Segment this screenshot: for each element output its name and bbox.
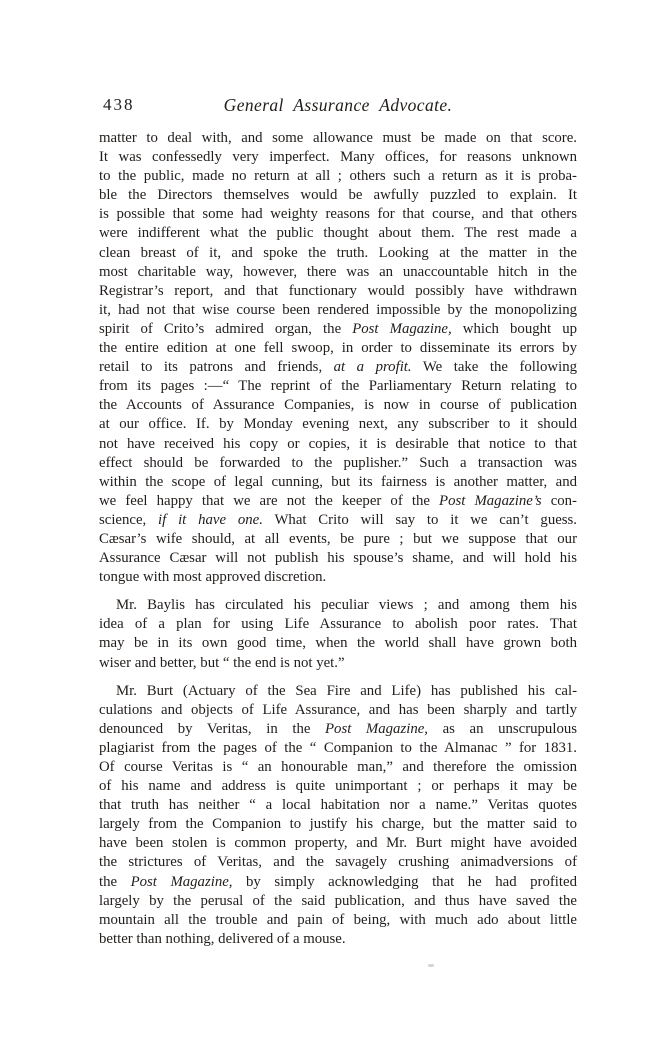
italic-text: if it have one. [158, 512, 263, 528]
text-segment: wiser and better, but “ the end is not y… [99, 655, 345, 671]
text-segment: effect should be forwarded to the puplis… [99, 455, 577, 471]
text-line: the strictures of Veritas, and the savag… [99, 853, 577, 872]
text-segment: denounced by Veritas, in the [99, 721, 325, 737]
text-line: largely by the perusal of the said publi… [99, 892, 577, 911]
text-line: Mr. Burt (Actuary of the Sea Fire and Li… [99, 682, 577, 701]
text-segment: which bought up [452, 321, 577, 337]
text-line: from its pages :—“ The reprint of the Pa… [99, 377, 577, 396]
text-line: It was confessedly very imperfect. Many … [99, 148, 577, 167]
text-segment: idea of a plan for using Life Assurance … [99, 616, 577, 632]
text-segment: the [99, 874, 131, 890]
text-line: that truth has neither “ a local habitat… [99, 796, 577, 815]
text-line: matter to deal with, and some allowance … [99, 129, 577, 148]
page-body: matter to deal with, and some allowance … [99, 129, 577, 949]
text-line: spirit of Crito’s admired organ, the Pos… [99, 320, 577, 339]
text-line: clean breast of it, and spoke the truth.… [99, 244, 577, 263]
text-line: Assurance Cæsar will not publish his spo… [99, 549, 577, 568]
italic-text: Post Magazine, [325, 721, 428, 737]
text-segment: clean breast of it, and spoke the truth.… [99, 245, 577, 261]
text-line: Mr. Baylis has circulated his peculiar v… [99, 596, 577, 615]
text-segment: the strictures of Veritas, and the savag… [99, 854, 577, 870]
text-segment: we feel happy that we are not the keeper… [99, 493, 439, 509]
text-segment: at our office. If. by Monday evening nex… [99, 416, 577, 432]
text-line: largely from the Companion to justify hi… [99, 815, 577, 834]
text-segment: the Accounts of Assurance Companies, is … [99, 397, 577, 413]
text-segment: con- [542, 493, 577, 509]
text-segment: better than nothing, delivered of a mous… [99, 931, 346, 947]
text-segment: within the scope of legal cunning, but i… [99, 474, 577, 490]
text-segment: mountain all the trouble and pain of bei… [99, 912, 577, 928]
text-segment: of his name and address is quite unimpor… [99, 778, 577, 794]
text-line: idea of a plan for using Life Assurance … [99, 615, 577, 634]
text-segment: spirit of Crito’s admired organ, the [99, 321, 352, 337]
text-segment: the entire edition at one fell swoop, in… [99, 340, 577, 356]
text-segment: largely from the Companion to justify hi… [99, 816, 577, 832]
text-line: to the public, made no return at all ; o… [99, 167, 577, 186]
text-segment: Registrar’s report, and that functionary… [99, 283, 577, 299]
scan-artifact [428, 964, 434, 967]
text-line: the Post Magazine, by simply acknowledgi… [99, 873, 577, 892]
text-segment: Mr. Baylis has circulated his peculiar v… [116, 597, 577, 613]
italic-text: Post Magazine’s [439, 493, 542, 509]
text-segment: it, had not that wise course been render… [99, 302, 577, 318]
text-line: culations and objects of Life Assurance,… [99, 701, 577, 720]
text-line: better than nothing, delivered of a mous… [99, 930, 577, 949]
text-segment: Mr. Burt (Actuary of the Sea Fire and Li… [116, 683, 577, 699]
text-segment: Cæsar’s wife should, at all events, be p… [99, 531, 577, 547]
text-line: of his name and address is quite unimpor… [99, 777, 577, 796]
text-segment: culations and objects of Life Assurance,… [99, 702, 577, 718]
text-segment: tongue with most approved discretion. [99, 569, 326, 585]
text-line: science, if it have one. What Crito will… [99, 511, 577, 530]
text-segment: as an unscrupulous [428, 721, 577, 737]
text-segment: from its pages :—“ The reprint of the Pa… [99, 378, 577, 394]
text-line: may be in its own good time, when the wo… [99, 634, 577, 653]
text-line: effect should be forwarded to the puplis… [99, 454, 577, 473]
text-line: mountain all the trouble and pain of bei… [99, 911, 577, 930]
paragraph: Mr. Burt (Actuary of the Sea Fire and Li… [99, 682, 577, 949]
page-header: 438 General Assurance Advocate. [99, 95, 577, 117]
text-line: denounced by Veritas, in the Post Magazi… [99, 720, 577, 739]
text-segment: is possible that some had weighty reason… [99, 206, 577, 222]
text-segment: It was confessedly very imperfect. Many … [99, 149, 577, 165]
running-title: General Assurance Advocate. [99, 95, 577, 116]
text-line: retail to its patrons and friends, at a … [99, 358, 577, 377]
text-line: Of course Veritas is “ an honourable man… [99, 758, 577, 777]
text-line: wiser and better, but “ the end is not y… [99, 654, 577, 673]
italic-text: Post Magazine, [352, 321, 451, 337]
text-line: most charitable way, however, there was … [99, 263, 577, 282]
text-line: Cæsar’s wife should, at all events, be p… [99, 530, 577, 549]
text-line: Registrar’s report, and that functionary… [99, 282, 577, 301]
text-line: tongue with most approved discretion. [99, 568, 577, 587]
text-line: not have received his copy or copies, it… [99, 435, 577, 454]
text-segment: matter to deal with, and some allowance … [99, 130, 577, 146]
text-segment: plagiarist from the pages of the “ Compa… [99, 740, 577, 756]
text-line: it, had not that wise course been render… [99, 301, 577, 320]
text-segment: We take the following [412, 359, 577, 375]
text-line: the Accounts of Assurance Companies, is … [99, 396, 577, 415]
text-line: ble the Directors themselves would be aw… [99, 186, 577, 205]
book-page: 438 General Assurance Advocate. matter t… [0, 0, 666, 1045]
text-line: is possible that some had weighty reason… [99, 205, 577, 224]
text-segment: Assurance Cæsar will not publish his spo… [99, 550, 577, 566]
paragraph: matter to deal with, and some allowance … [99, 129, 577, 587]
text-segment: What Crito will say to it we can’t guess… [263, 512, 577, 528]
text-segment: largely by the perusal of the said publi… [99, 893, 577, 909]
text-segment: retail to its patrons and friends, [99, 359, 334, 375]
text-segment: most charitable way, however, there was … [99, 264, 577, 280]
text-segment: that truth has neither “ a local habitat… [99, 797, 577, 813]
text-line: have been stolen is common property, and… [99, 834, 577, 853]
text-line: plagiarist from the pages of the “ Compa… [99, 739, 577, 758]
text-segment: not have received his copy or copies, it… [99, 436, 577, 452]
italic-text: Post Magazine, [131, 874, 233, 890]
paragraph: Mr. Baylis has circulated his peculiar v… [99, 596, 577, 672]
text-line: within the scope of legal cunning, but i… [99, 473, 577, 492]
text-segment: by simply acknowledging that he had prof… [233, 874, 578, 890]
text-line: were indifferent what the public thought… [99, 224, 577, 243]
page-number: 438 [103, 95, 135, 115]
text-segment: Of course Veritas is “ an honourable man… [99, 759, 577, 775]
italic-text: at a profit. [334, 359, 412, 375]
text-segment: to the public, made no return at all ; o… [99, 168, 577, 184]
text-line: we feel happy that we are not the keeper… [99, 492, 577, 511]
text-segment: ble the Directors themselves would be aw… [99, 187, 577, 203]
text-segment: science, [99, 512, 158, 528]
text-segment: may be in its own good time, when the wo… [99, 635, 577, 651]
text-line: at our office. If. by Monday evening nex… [99, 415, 577, 434]
text-line: the entire edition at one fell swoop, in… [99, 339, 577, 358]
text-segment: were indifferent what the public thought… [99, 225, 577, 241]
text-segment: have been stolen is common property, and… [99, 835, 577, 851]
